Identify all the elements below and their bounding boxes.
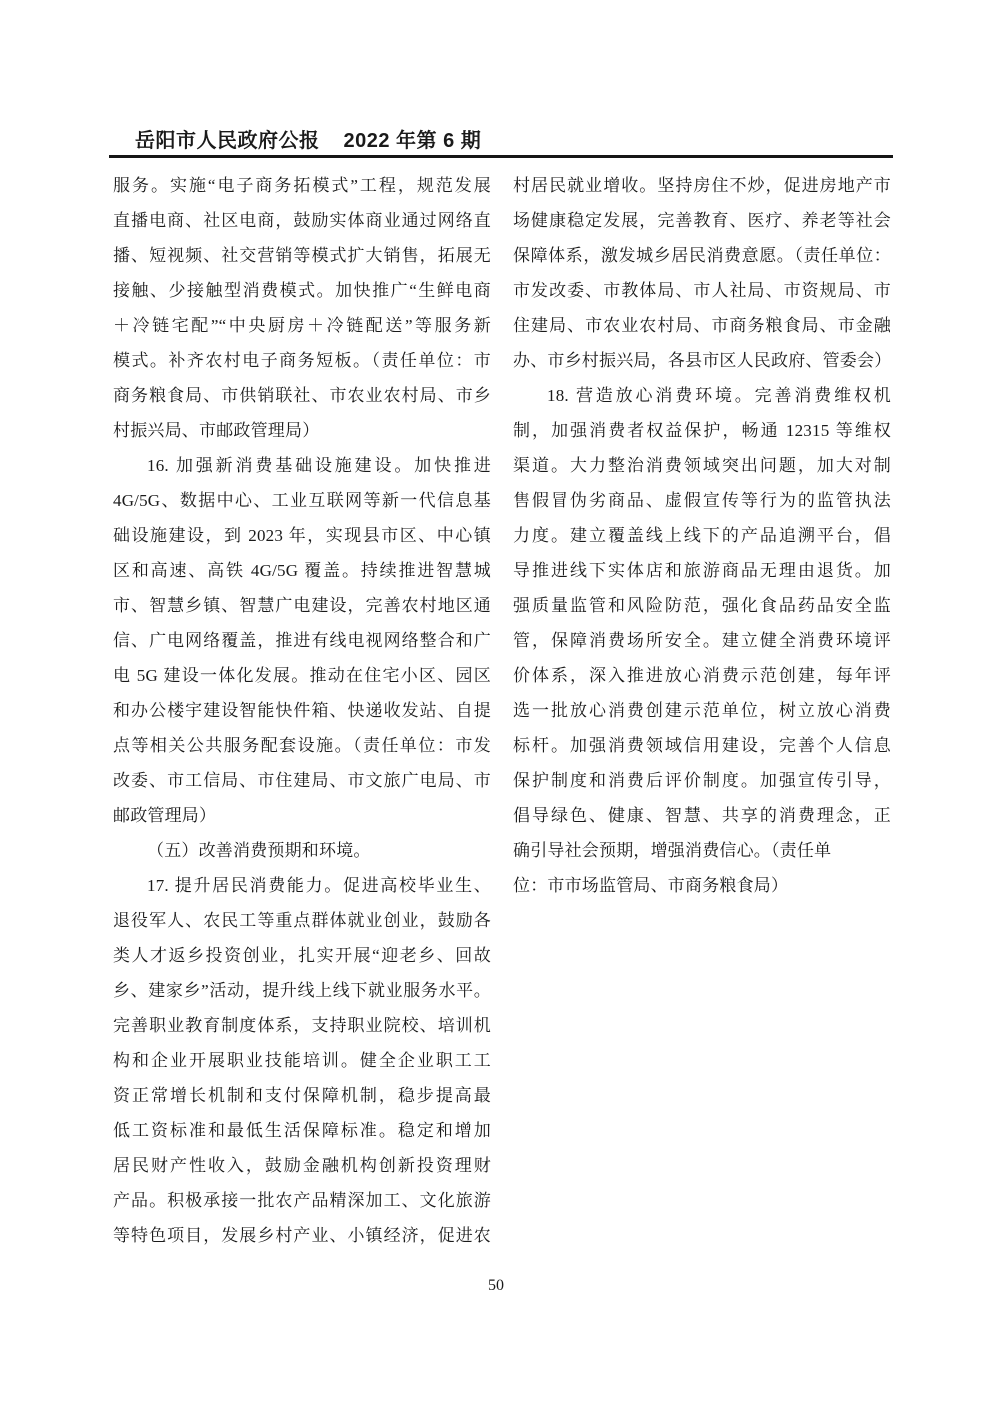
text-line: 导推进线下实体店和旅游商品无理由退货。加 — [513, 553, 891, 588]
text-line: 市发改委、市教体局、市人社局、市资规局、市 — [513, 273, 891, 308]
text-line: 倡导绿色、健康、智慧、共享的消费理念，正 — [513, 798, 891, 833]
text-line: 16. 加强新消费基础设施建设。加快推进 — [113, 448, 491, 483]
text-line: 力度。建立覆盖线上线下的产品追溯平台，倡 — [513, 518, 891, 553]
text-line: 低工资标准和最低生活保障标准。稳定和增加 — [113, 1113, 491, 1148]
text-line: 强质量监管和风险防范，强化食品药品安全监 — [513, 588, 891, 623]
gazette-header: 岳阳市人民政府公报2022 年第 6 期 — [135, 124, 481, 153]
text-line: 类人才返乡投资创业，扎实开展“迎老乡、回故 — [113, 938, 491, 973]
text-line: 居民财产性收入，鼓励金融机构创新投资理财 — [113, 1148, 491, 1183]
header-rule — [109, 155, 893, 158]
text-line: 构和企业开展职业技能培训。健全企业职工工 — [113, 1043, 491, 1078]
text-line: 场健康稳定发展，完善教育、医疗、养老等社会 — [513, 203, 891, 238]
gazette-page: 岳阳市人民政府公报2022 年第 6 期 服务。实施“电子商务拓模式”工程，规范… — [0, 0, 992, 1403]
text-line: 产品。积极承接一批农产品精深加工、文化旅游 — [113, 1183, 491, 1218]
text-line: 保护制度和消费后评价制度。加强宣传引导， — [513, 763, 891, 798]
text-line: 乡、建家乡”活动，提升线上线下就业服务水平。 — [113, 973, 491, 1008]
text-line: 完善职业教育制度体系，支持职业院校、培训机 — [113, 1008, 491, 1043]
text-line: 制，加强消费者权益保护，畅通 12315 等维权 — [513, 413, 891, 448]
text-line: 电 5G 建设一体化发展。推动在住宅小区、园区 — [113, 658, 491, 693]
masthead-title: 岳阳市人民政府公报 — [135, 130, 320, 152]
text-line: 接触、少接触型消费模式。加快推广“生鲜电商 — [113, 273, 491, 308]
text-line: 标杆。加强消费领域信用建设，完善个人信息 — [513, 728, 891, 763]
paragraph: 村居民就业增收。坚持房住不炒，促进房地产市场健康稳定发展，完善教育、医疗、养老等… — [513, 168, 891, 378]
text-line: 17. 提升居民消费能力。促进高校毕业生、 — [113, 868, 491, 903]
text-line: ＋冷链宅配”“中央厨房＋冷链配送”等服务新 — [113, 308, 491, 343]
text-column-left: 服务。实施“电子商务拓模式”工程，规范发展直播电商、社区电商，鼓励实体商业通过网… — [113, 168, 491, 1253]
text-line: 点等相关公共服务配套设施。（责任单位：市发 — [113, 728, 491, 763]
text-line: 改委、市工信局、市住建局、市文旅广电局、市 — [113, 763, 491, 798]
text-line: 模式。补齐农村电子商务短板。（责任单位：市 — [113, 343, 491, 378]
text-line: 础设施建设，到 2023 年，实现县市区、中心镇 — [113, 518, 491, 553]
text-line: 位：市市场监管局、市商务粮食局） — [513, 868, 891, 903]
text-line: 选一批放心消费创建示范单位，树立放心消费 — [513, 693, 891, 728]
text-line: 村居民就业增收。坚持房住不炒，促进房地产市 — [513, 168, 891, 203]
text-line: 办、市乡村振兴局，各县市区人民政府、管委会） — [513, 343, 891, 378]
paragraph: 17. 提升居民消费能力。促进高校毕业生、退役军人、农民工等重点群体就业创业，鼓… — [113, 868, 491, 1253]
issue-label: 2022 年第 6 期 — [344, 130, 482, 152]
text-line: 18. 营造放心消费环境。完善消费维权机 — [513, 378, 891, 413]
text-line: 管，保障消费场所安全。建立健全消费环境评 — [513, 623, 891, 658]
text-line: 确引导社会预期，增强消费信心。（责任单 — [513, 833, 891, 868]
text-line: 4G/5G、数据中心、工业互联网等新一代信息基 — [113, 483, 491, 518]
text-line: 商务粮食局、市供销联社、市农业农村局、市乡 — [113, 378, 491, 413]
text-line: 村振兴局、市邮政管理局） — [113, 413, 491, 448]
text-line: （五）改善消费预期和环境。 — [113, 833, 491, 868]
text-line: 市、智慧乡镇、智慧广电建设，完善农村地区通 — [113, 588, 491, 623]
text-line: 售假冒伪劣商品、虚假宣传等行为的监管执法 — [513, 483, 891, 518]
text-line: 邮政管理局） — [113, 798, 491, 833]
text-column-right: 村居民就业增收。坚持房住不炒，促进房地产市场健康稳定发展，完善教育、医疗、养老等… — [513, 168, 891, 1253]
text-line: 服务。实施“电子商务拓模式”工程，规范发展 — [113, 168, 491, 203]
text-line: 退役军人、农民工等重点群体就业创业，鼓励各 — [113, 903, 491, 938]
text-line: 住建局、市农业农村局、市商务粮食局、市金融 — [513, 308, 891, 343]
text-line: 渠道。大力整治消费领域突出问题，加大对制 — [513, 448, 891, 483]
paragraph: 16. 加强新消费基础设施建设。加快推进4G/5G、数据中心、工业互联网等新一代… — [113, 448, 491, 833]
page-body: 服务。实施“电子商务拓模式”工程，规范发展直播电商、社区电商，鼓励实体商业通过网… — [113, 168, 891, 1253]
text-line: 区和高速、高铁 4G/5G 覆盖。持续推进智慧城 — [113, 553, 491, 588]
text-line: 信、广电网络覆盖，推进有线电视网络整合和广 — [113, 623, 491, 658]
paragraph: 18. 营造放心消费环境。完善消费维权机制，加强消费者权益保护，畅通 12315… — [513, 378, 891, 903]
text-line: 播、短视频、社交营销等模式扩大销售，拓展无 — [113, 238, 491, 273]
text-line: 和办公楼宇建设智能快件箱、快递收发站、自提 — [113, 693, 491, 728]
text-line: 资正常增长机制和支付保障机制，稳步提高最 — [113, 1078, 491, 1113]
text-line: 保障体系，激发城乡居民消费意愿。（责任单位： — [513, 238, 891, 273]
text-line: 价体系，深入推进放心消费示范创建，每年评 — [513, 658, 891, 693]
text-line: 等特色项目，发展乡村产业、小镇经济，促进农 — [113, 1218, 491, 1253]
paragraph: 服务。实施“电子商务拓模式”工程，规范发展直播电商、社区电商，鼓励实体商业通过网… — [113, 168, 491, 448]
paragraph: （五）改善消费预期和环境。 — [113, 833, 491, 868]
page-number: 50 — [0, 1277, 992, 1295]
text-line: 直播电商、社区电商，鼓励实体商业通过网络直 — [113, 203, 491, 238]
